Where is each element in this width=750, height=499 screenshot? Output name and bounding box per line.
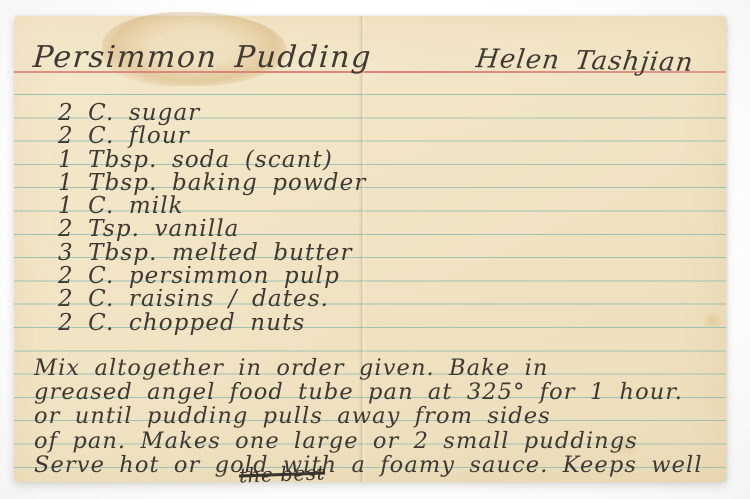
card-title: Persimmon Pudding — [32, 40, 373, 75]
instructions: Mix altogether in order given. Bake in g… — [34, 356, 726, 477]
ingredient-line: 2 C. flour — [58, 125, 366, 148]
ingredient-line: 1 Tbsp. baking powder — [58, 172, 366, 195]
recipe-card: Persimmon Pudding Helen Tashjian 2 C. su… — [14, 16, 726, 482]
ingredient-line: 2 C. sugar — [58, 102, 366, 125]
instruction-line: Mix altogether in order given. Bake in — [34, 356, 726, 380]
ingredient-line: 2 Tsp. vanilla — [58, 218, 366, 241]
instruction-line: or until pudding pulls away from sides — [34, 404, 726, 428]
ingredient-line: 2 C. raisins / dates. — [58, 288, 366, 311]
ingredient-line: 2 C. chopped nuts — [58, 312, 366, 335]
card-author: Helen Tashjian — [474, 44, 695, 78]
crossed-out-word: the best — [239, 461, 326, 488]
ingredient-line: 3 Tbsp. melted butter — [58, 242, 366, 265]
stain — [702, 312, 724, 330]
instruction-line: greased angel food tube pan at 325° for … — [34, 380, 726, 404]
ingredient-line: 1 C. milk — [58, 195, 366, 218]
instruction-line: Serve hot or gold with a foamy sauce. Ke… — [34, 453, 726, 477]
ingredient-line: 1 Tbsp. soda (scant) — [58, 149, 366, 172]
ingredient-line: 2 C. persimmon pulp — [58, 265, 366, 288]
instruction-line: of pan. Makes one large or 2 small puddi… — [34, 429, 726, 453]
ingredients-list: 2 C. sugar 2 C. flour 1 Tbsp. soda (scan… — [58, 102, 366, 335]
